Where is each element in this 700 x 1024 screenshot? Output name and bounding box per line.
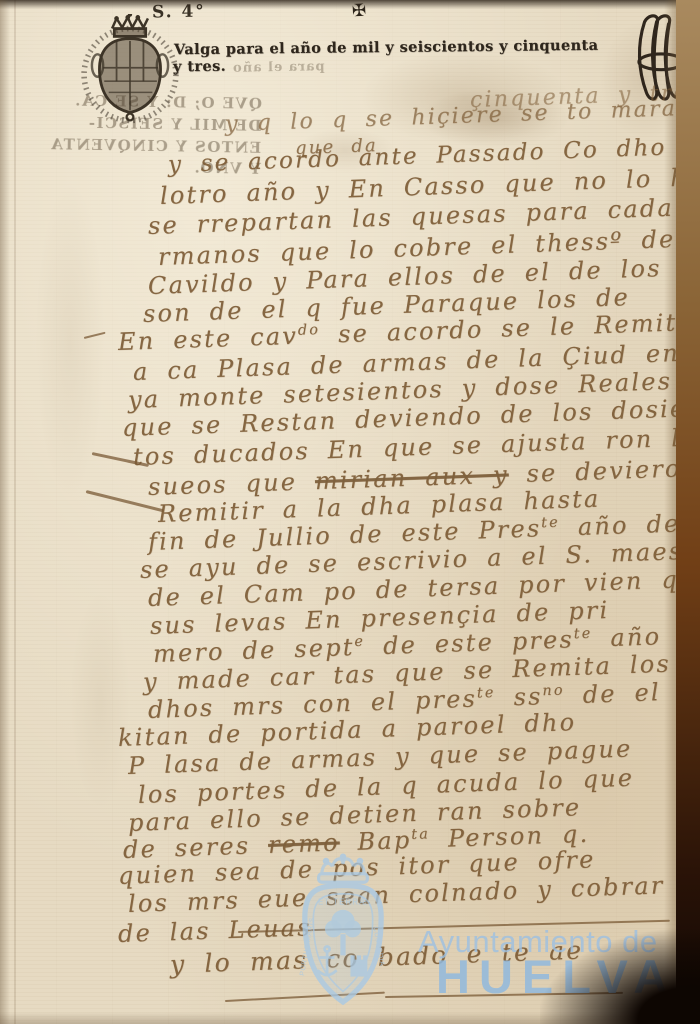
ink-stroke <box>84 332 106 339</box>
manuscript-line: y q lo q se hiçiere se to marase <box>225 95 700 137</box>
stamp-text-line1: Valga para el año de mil y seiscientos y… <box>174 37 599 58</box>
book-binding-edge <box>676 0 700 1024</box>
page-curl-shadow <box>664 0 676 1024</box>
royal-coat-of-arms-stamp-icon <box>74 14 186 126</box>
page-top-edge <box>0 0 700 9</box>
stamp-text-bleed: para el año <box>232 59 325 76</box>
manuscript-page: QVE O; D: Y SE CA.DE MIL Y SEISCI-ENTOS … <box>0 0 700 1024</box>
paper-stain <box>70 590 130 810</box>
paper-crease <box>14 0 16 1024</box>
page-left-edge <box>0 0 10 1024</box>
corner-shadow <box>540 929 700 1024</box>
ink-stroke <box>225 992 385 1002</box>
